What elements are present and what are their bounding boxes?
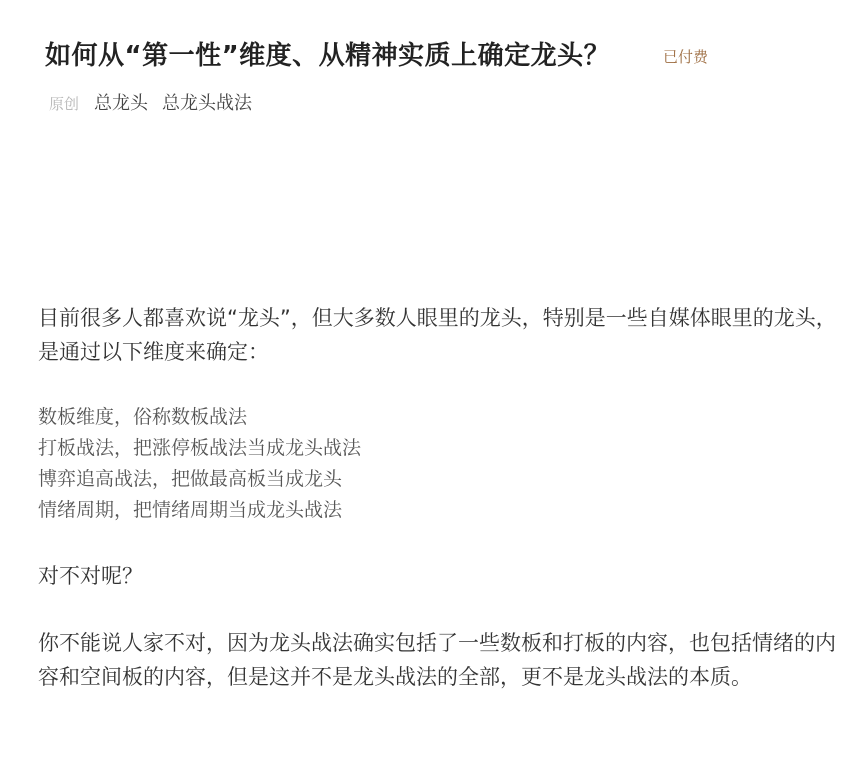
tag-link-zonglongtou-zhanfa[interactable]: 总龙头战法 (162, 92, 252, 116)
list-item: 情绪周期，把情绪周期当成龙头战法 (38, 495, 838, 526)
article-meta: 原创 总龙头 总龙头战法 (49, 92, 266, 116)
conclusion-paragraph: 你不能说人家不对，因为龙头战法确实包括了一些数板和打板的内容，也包括情绪的内容和… (38, 626, 838, 694)
list-item: 打板战法，把涨停板战法当成龙头战法 (38, 433, 838, 464)
article-title: 如何从“第一性”维度、从精神实质上确定龙头？ (45, 36, 610, 76)
article-body: 目前很多人都喜欢说“龙头”，但大多数人眼里的龙头，特别是一些自媒体眼里的龙头，是… (38, 301, 838, 694)
list-item: 数板维度，俗称数板战法 (38, 402, 838, 433)
tag-link-zonglongtou[interactable]: 总龙头 (94, 92, 148, 116)
title-row: 如何从“第一性”维度、从精神实质上确定龙头？ (45, 36, 610, 76)
paid-badge: 已付费 (663, 46, 708, 68)
original-label: 原创 (49, 92, 79, 116)
intro-paragraph: 目前很多人都喜欢说“龙头”，但大多数人眼里的龙头，特别是一些自媒体眼里的龙头，是… (38, 301, 838, 369)
dimension-list: 数板维度，俗称数板战法 打板战法，把涨停板战法当成龙头战法 博弈追高战法，把做最… (38, 402, 838, 526)
question-paragraph: 对不对呢？ (38, 559, 838, 593)
list-item: 博弈追高战法，把做最高板当成龙头 (38, 464, 838, 495)
